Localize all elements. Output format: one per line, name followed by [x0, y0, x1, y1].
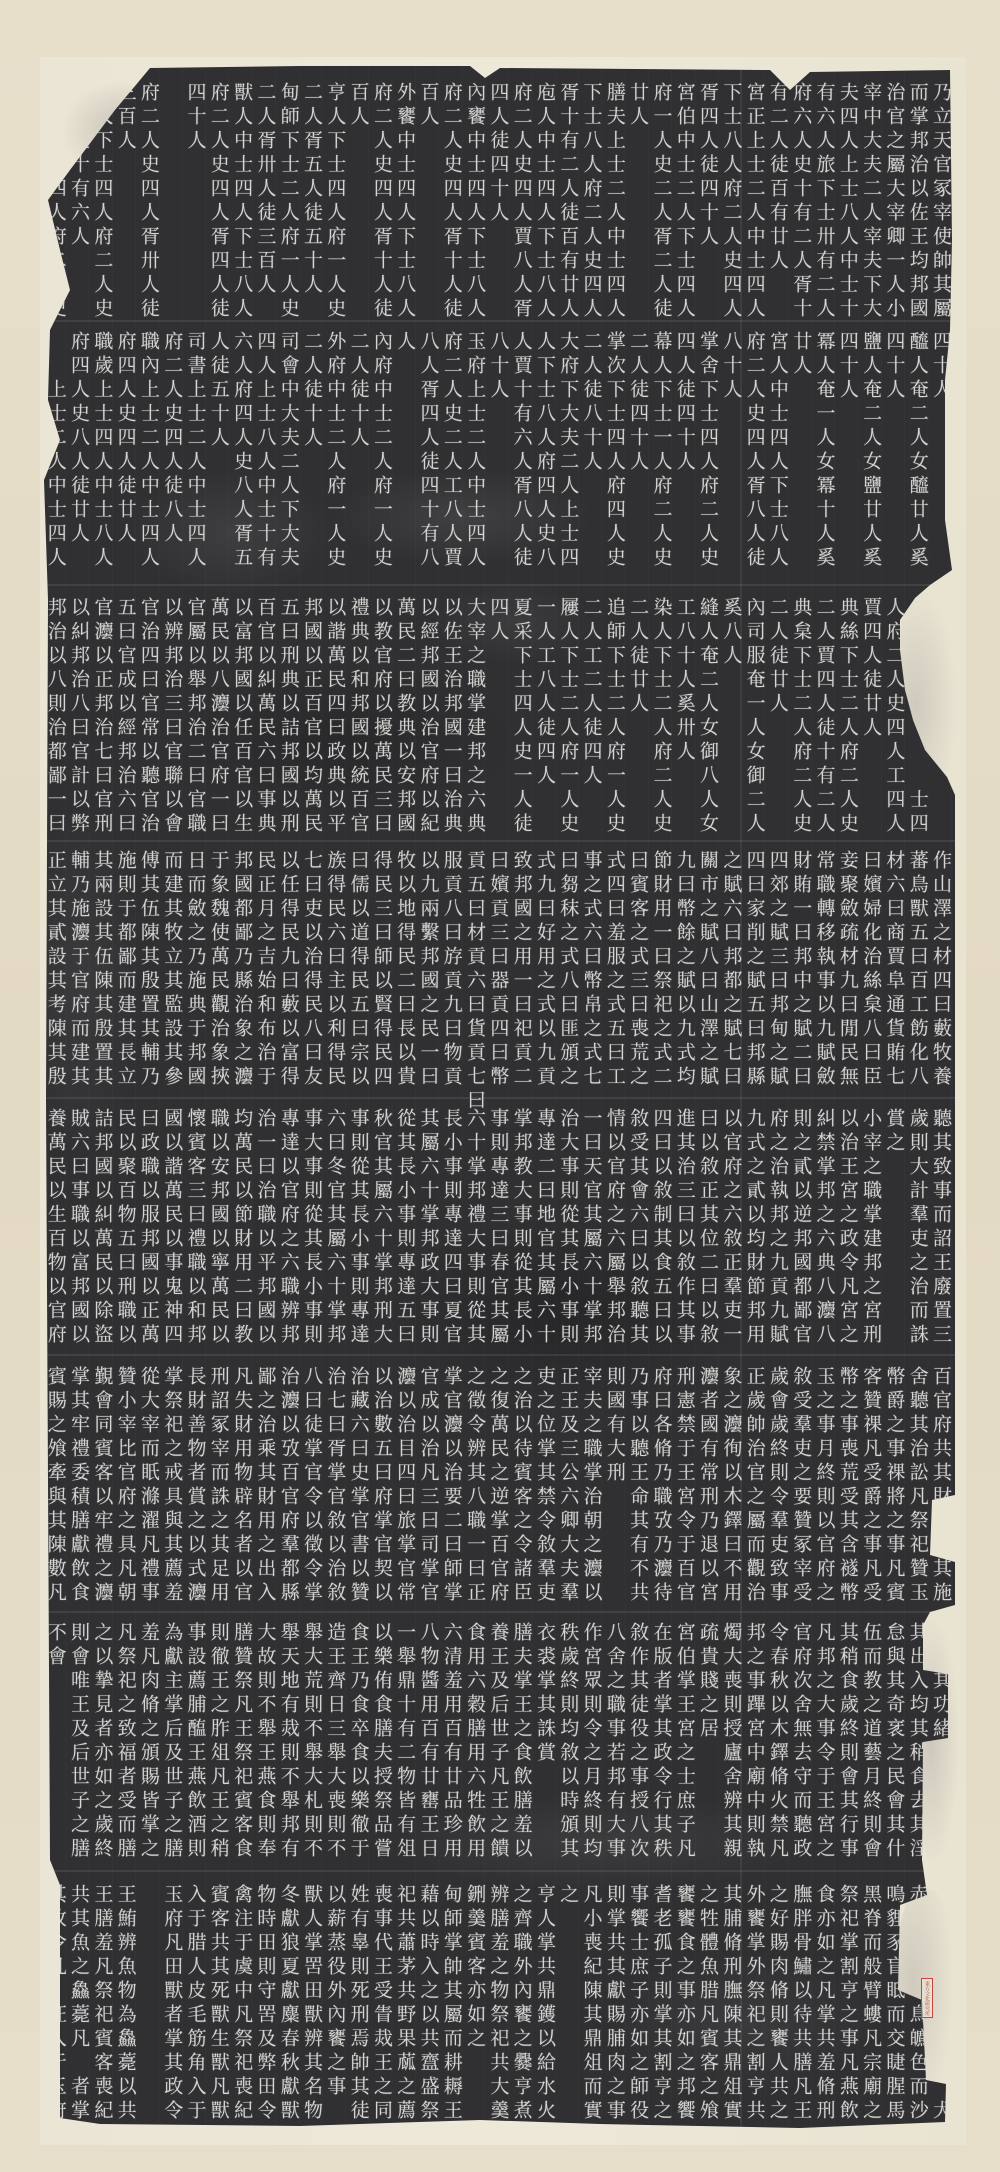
- inscription-column: 造王齊日三舉大喪則不: [323, 1622, 346, 1884]
- inscription-column: 以佐王治邦國一曰治典: [439, 597, 462, 859]
- inscription-column: 耆老孤子則掌其割亨之: [649, 1884, 672, 2146]
- inscription-column: 式九曰好用之式以九貢: [533, 850, 556, 1112]
- inscription-column: 人賈十有六人胥八人徒: [509, 331, 532, 593]
- inscription-column: 內司服奄一人女御二人: [742, 597, 765, 859]
- inscription-column: 膳夫上士二人中士四人: [603, 82, 626, 344]
- inscription-column: 作宮眾則令之月終則均: [579, 1622, 602, 1884]
- inscription-column: 職內上士二人中士四人: [137, 331, 160, 593]
- inscription-column: 府二人史四人胥卅人徒: [137, 82, 160, 344]
- inscription-column: 怠與其奇衺之民會其什: [882, 1622, 905, 1884]
- inscription-column: 下士八人府二人史四人: [579, 82, 602, 344]
- inscription-column: 曰嬪婦化治絲枲八曰臣: [859, 850, 882, 1112]
- inscription-column: 有二人徒百有廿人: [766, 82, 789, 344]
- inscription-column: 糾禁掌邦之六典八灋八: [812, 1108, 835, 1370]
- inscription-column: 府四人史四人徒廿人: [113, 331, 136, 593]
- inscription-column: 王膳羞凡祭祀賓客喪紀: [90, 1884, 113, 2146]
- inscription-column: 聽其致事而詔王廢置三: [929, 1108, 952, 1370]
- inscription-column: 冬獻狼夏獻麋春秋獻獸: [276, 1884, 299, 2146]
- inscription-column: 六清羞用百有廿品珍用: [439, 1622, 462, 1884]
- inscription-column: 九曰幣餘之賦以九式均: [672, 850, 695, 1112]
- inscription-column: 萬民二曰教典以安邦國: [393, 597, 416, 859]
- inscription-column: 賈四人徒廿人: [859, 597, 882, 859]
- inscription-column: 之: [556, 1884, 579, 2146]
- inscription-column: 均萬民以節財用二曰教: [230, 1108, 253, 1370]
- inscription-column: 以官府之六敘正羣吏一: [719, 1108, 742, 1370]
- inscription-column: 掌次下士四人府四人史: [603, 331, 626, 593]
- inscription-column: 常職轉移執事以九賦斂: [812, 850, 835, 1112]
- inscription-column: 伍而教之道藝月終則會: [859, 1622, 882, 1884]
- inscription-column: 賓客共其死獸生獸凡獸: [207, 1884, 230, 2146]
- inscription-column: 獸人中士四人下士八人: [230, 82, 253, 344]
- inscription-column: 養王及后世子凡王之饋: [486, 1622, 509, 1884]
- inscription-column: 二人徒八十人: [579, 331, 602, 593]
- inscription-column: 府二人史四人徒八人: [160, 331, 183, 593]
- inscription-column: 府一人史二人胥二人徒: [649, 82, 672, 344]
- inscription-column: 舍聽其治訟凡祭祀贊玉: [905, 1366, 928, 1628]
- inscription-column: 詰邦國以糾萬民以除盜: [90, 1108, 113, 1370]
- inscription-column: 官灋以正邦治七曰官刑: [90, 597, 113, 859]
- collector-seal: 東方文化研究所: [921, 1978, 933, 2018]
- inscription-column: 二人徒十人: [346, 331, 369, 593]
- inscription-column: 染人下士二人府二人史: [649, 597, 672, 859]
- inscription-column: 其屬六十掌邦政大事則: [416, 1108, 439, 1370]
- inscription-column: 為獻主掌后及世子之膳: [160, 1622, 183, 1884]
- inscription-column: 在版者掌其政令行其秩: [649, 1622, 672, 1884]
- inscription-column: 百人: [416, 82, 439, 344]
- inscription-column: 民以聚百物五曰刑職以: [113, 1108, 136, 1370]
- inscription-column: 醯人奄二人女醯廿人奚: [905, 331, 928, 593]
- inscription-column: 職以安邦國以寧萬民以: [207, 1108, 230, 1370]
- inscription-column: 則徹王之胙俎凡王之稍: [207, 1622, 230, 1884]
- inscription-column: 人下士八人府四人史八: [533, 331, 556, 593]
- inscription-column: 一人工八人徒四人: [533, 597, 556, 859]
- inscription-column: 府二人史二人工八人賈: [439, 331, 462, 593]
- inscription-column: 二人徒十人: [300, 331, 323, 593]
- inscription-column: 有六人旅下士卅有二人: [812, 82, 835, 344]
- inscription-column: 入于腊人皮毛筋角入于: [183, 1884, 206, 2146]
- inscription-column: 正歲帥治官之屬而觀治: [742, 1366, 765, 1628]
- inscription-column: 從其長小事則專達五曰: [393, 1108, 416, 1370]
- inscription-column: 人: [393, 331, 416, 593]
- inscription-column: 以樂侑食膳夫授祭品嘗: [370, 1622, 393, 1884]
- inscription-column: 國以諧萬民以事鬼神四: [160, 1108, 183, 1370]
- inscription-column: 六曰冬官其屬六十掌邦: [323, 1108, 346, 1370]
- inscription-column: 刑詔冢宰而誅之其足用: [207, 1366, 230, 1628]
- inscription-column: 府二人史四人胥八人徒: [742, 331, 765, 593]
- inscription-column: 四曰以敘制其食五曰以: [649, 1108, 672, 1370]
- inscription-column: 乃立天官冢宰使帥其屬: [929, 82, 952, 344]
- inscription-column: 藉以時入之以共齍盛祭: [416, 1884, 439, 2146]
- inscription-column: 則掌共其獻賜脯肉之事: [603, 1884, 626, 2146]
- inscription-column: 凡邦之大事令于王宮之: [812, 1622, 835, 1884]
- inscription-column: 之以摯見者亦如之歲終: [90, 1622, 113, 1884]
- inscription-column: 四人上士八人中士十有: [253, 331, 276, 593]
- inscription-column: 二人徒四十人: [626, 331, 649, 593]
- inscription-column: 從大宰而眂滌濯凡禮事: [137, 1366, 160, 1628]
- inscription-band-5: 聽其致事而詔王廢置三歲則大計羣吏之治而誅賞之小宰之職掌建邦之宮刑以治王宮之政令凡…: [43, 1108, 952, 1358]
- inscription-column: 府二人史四人胥四人徒: [207, 82, 230, 344]
- inscription-column: 廿人: [626, 82, 649, 344]
- inscription-column: 曰嬪貢三曰器貢四曰幣: [486, 850, 509, 1112]
- inscription-column: 亨人掌共鼎鑊以給水火: [533, 1884, 556, 2146]
- inscription-column: 治灋以攷百官府羣都縣: [276, 1366, 299, 1628]
- inscription-column: 屨人下士二人府一人史: [556, 597, 579, 859]
- inscription-column: 掌舍下士四人府二人史: [696, 331, 719, 593]
- inscription-column: 七曰吏以治得民八曰友: [300, 850, 323, 1112]
- inscription-column: 治七曰胥掌官敘以治敘: [323, 1366, 346, 1628]
- inscription-column: 曰儒以道得民五曰宗以: [346, 850, 369, 1112]
- inscription-column: 吏之位掌其禁令敘羣吏: [533, 1366, 556, 1628]
- inscription-column: 黑脊而般臂螻凡宗廟之: [859, 1884, 882, 2146]
- inscription-column: 宮伯掌王宮之士庶子凡: [672, 1622, 695, 1884]
- inscription-column: 官府次舍無去守而聽政: [789, 1622, 812, 1884]
- inscription-band-8: 犬赤 鳥皫色而沙鳴貍豕盲眡而交睫腥馬黑脊而般臂螻凡宗廟之祭祀掌割亨之事凡燕飲食亦…: [43, 1884, 952, 2134]
- inscription-column: 施則于都鄙而建其長立: [113, 850, 136, 1112]
- inscription-column: 夫四人上士八人中士十: [836, 82, 859, 344]
- inscription-column: 以治王宮之政令凡宮之: [836, 1108, 859, 1370]
- inscription-column: 宮人中士四人下士八人: [766, 331, 789, 593]
- inscription-column: 事則從其長小事則專達: [346, 1108, 369, 1370]
- inscription-band-4: 作山澤之材四曰藪牧養蕃鳥獸五曰百工飭化八材六曰商賈阜通貨賄七曰嬪婦化治絲枲八曰臣…: [43, 850, 952, 1100]
- inscription-column: 官屬以舉邦治二曰官職: [183, 597, 206, 859]
- inscription-column: 敘受羣吏之要贊冢宰受: [789, 1366, 812, 1628]
- inscription-column: 掌祭祀之戒具與其薦羞: [160, 1366, 183, 1628]
- inscription-column: 姓有辠則死刑焉帥其徒: [346, 1884, 369, 2146]
- inscription-column: 長財善物者賞之以式灋: [183, 1366, 206, 1628]
- inscription-column: 鄙之治乘其財用之出入: [253, 1366, 276, 1628]
- inscription-column: 宮伯中士二人下士四人: [672, 82, 695, 344]
- inscription-column: 羞凡肉脩之頒賜皆掌之: [137, 1622, 160, 1884]
- inscription-column: 祀共蕭茅共野果蓏之薦: [393, 1884, 416, 2146]
- inscription-column: 之復萬民之逆掌百官府: [486, 1366, 509, 1628]
- inscription-column: 以糾邦治八曰官計以弊: [67, 597, 90, 859]
- inscription-column: 府四人史八人徒廿人: [67, 331, 90, 593]
- inscription-column: 之徵令辨其八職一曰正: [463, 1366, 486, 1628]
- inscription-column: 禮典以和邦國以統百官: [346, 597, 369, 859]
- inscription-band-3: 士四人府二人史四人工四人賈四人徒廿人典絲下士二人府二人史二人賈四人徒十有二人典枲…: [43, 597, 952, 847]
- inscription-band-7: 其功緒 其出入均其稍食去其淫怠與其奇衺之民會其什伍而教之道藝月終則會其稍食歲終則…: [43, 1622, 952, 1872]
- inscription-column: 百人: [346, 82, 369, 344]
- inscription-column: 奚八人: [719, 597, 742, 859]
- inscription-column: 之賦六曰邦都之賦七曰: [719, 850, 742, 1112]
- inscription-column: 賊六曰事職以富邦國以: [67, 1108, 90, 1370]
- inscription-column: 治一曰治職以平邦國以: [253, 1108, 276, 1370]
- inscription-column: 歲則大計羣吏之治而誅: [905, 1108, 928, 1370]
- inscription-column: 于象魏使萬民觀治象挾: [207, 850, 230, 1112]
- inscription-column: 一曰天官其屬六十掌邦: [579, 1108, 602, 1370]
- rubbing-ink-area: 乃立天官冢宰使帥其屬而掌邦治以佐王均邦國治官之屬大宰卿一人小宰中大夫二人宰夫下大…: [42, 62, 960, 2138]
- inscription-column: 則會唯王及后世子之膳: [67, 1622, 90, 1884]
- inscription-column: 乃事以聽王命其有不共: [626, 1366, 649, 1628]
- inscription-column: 亨人下士四人府一人史: [323, 82, 346, 344]
- inscription-column: 象之灋徇以木鐸曰不用: [719, 1366, 742, 1628]
- inscription-column: 玉之事月終則以官府之: [812, 1366, 835, 1628]
- inscription-column: 二人胥五人徒五十人: [300, 82, 323, 344]
- inscription-column: 宰中大夫二人宰夫下大: [859, 82, 882, 344]
- inscription-column: 食用六穀膳用六牲飲用: [463, 1622, 486, 1884]
- inscription-column: 喪事代王受眚烖王之同: [370, 1884, 393, 2146]
- inscription-column: 長小事則專達四曰夏官: [439, 1108, 462, 1370]
- inscription-column: 四十人: [882, 331, 905, 593]
- inscription-column: 則國有大刑: [603, 1366, 626, 1628]
- inscription-column: 工八十人奚卅人: [672, 597, 695, 859]
- inscription-column: 以富邦國以任百官以生: [230, 597, 253, 859]
- inscription-column: 凡失財用物辟名者以官: [230, 1366, 253, 1628]
- inscription-column: 八舍之職事若邦有大事: [603, 1622, 626, 1884]
- inscription-column: 夏采下士四人史一人徒: [509, 597, 532, 859]
- inscription-column: 物時田則守罟及弊田令: [253, 1884, 276, 2146]
- inscription-column: 膴胖骨鱐以待共膳凡王: [789, 1884, 812, 2146]
- inscription-column: 職歲上士四人中士八人: [90, 331, 113, 593]
- inscription-column: 王鮪辨魚物為鱻薧以共: [113, 1884, 136, 2146]
- inscription-column: 府曰各脩乃職攷乃灋待: [649, 1366, 672, 1628]
- inscription-column: 貢五曰材貢六曰貨貢七曰: [463, 850, 486, 1112]
- inscription-column: 輔乃施灋于官府而建其: [67, 850, 90, 1112]
- inscription-column: 衣裘掌其誅賞: [533, 1622, 556, 1884]
- inscription-column: 幣之事喪荒受其含襚幣: [836, 1366, 859, 1628]
- inscription-column: 典絲下士二人府二人史: [836, 597, 859, 859]
- inscription-column: 冪人奄一人女冪十人奚: [812, 331, 835, 593]
- inscription-column: 廿人: [789, 331, 812, 593]
- inscription-column: 九式之貳以均財節邦用: [742, 1108, 765, 1370]
- inscription-column: 曰政職以服邦國以正萬: [137, 1108, 160, 1370]
- inscription-column: 節財用一曰祭祀之式二: [649, 850, 672, 1112]
- inscription-column: 庖人中士四人下士八人: [533, 82, 556, 344]
- inscription-column: 歲會歲終則令羣吏致事: [766, 1366, 789, 1628]
- inscription-column: 二人胥卅人徒三百人: [253, 82, 276, 344]
- inscription-column: 令春秋以木鐸脩火禁凡: [766, 1622, 789, 1884]
- inscription-column: 關市之賦八曰山澤之賦: [696, 850, 719, 1112]
- inscription-column: 敘受其會六曰以敘聽其: [626, 1108, 649, 1370]
- inscription-column: 三百人: [113, 82, 136, 344]
- inscription-column: 之好賜肉脩則饔人共之: [766, 1884, 789, 2146]
- inscription-column: 作山澤之材四曰藪牧養: [929, 850, 952, 1112]
- inscription-column: 懷賓客三曰禮職以和邦: [183, 1108, 206, 1370]
- inscription-column: 食王乃食卒食以樂徹于: [346, 1622, 369, 1884]
- inscription-column: 八人胥四人徒四十有八: [416, 331, 439, 593]
- inscription-column: 其稍食歲終則會其行事: [836, 1622, 859, 1884]
- inscription-column: 辨膳羞之物祭祀共大羹: [486, 1884, 509, 2146]
- inscription-column: 邦國都鄙乃縣治象之灋: [230, 850, 253, 1112]
- inscription-column: 秩歲終則均敘以時頒其: [556, 1622, 579, 1884]
- inscription-column: 玉府凡田獸者掌其政令: [160, 1884, 183, 2146]
- inscription-column: 凡小喪紀陳其鼎俎而實: [579, 1884, 602, 2146]
- inscription-column: 甸師掌帥其屬而耕耨王: [439, 1884, 462, 2146]
- inscription-band-2: 四十人醯人奄二人女醯廿人奚四十人鹽人奄二人女鹽廿人奚四十人冪人奄一人女冪十人奚廿…: [43, 331, 952, 581]
- inscription-column: 司會中大夫二人下大夫: [276, 331, 299, 593]
- inscription-column: 八十人: [486, 331, 509, 593]
- inscription-column: 以經邦國以治官府以紀: [416, 597, 439, 859]
- inscription-column: 百官以糾萬民六曰事典: [253, 597, 276, 859]
- inscription-column: 人徒五十人: [207, 331, 230, 593]
- inscription-column: 進其治三曰以敘作其事: [672, 1108, 695, 1370]
- inscription-column: 曰賓客之式三曰喪荒之: [626, 850, 649, 1112]
- inscription-column: 致邦國之用一曰祀貢二: [509, 850, 532, 1112]
- inscription-column: 一舉鼎十有二物皆有俎: [393, 1622, 416, 1884]
- inscription-column: 治官之屬大宰卿一人小: [882, 82, 905, 344]
- inscription-column: 掌其牢禮委積膳獻飲食: [67, 1366, 90, 1628]
- inscription-column: 以九兩繫邦國之民一曰: [416, 850, 439, 1112]
- inscription-band-1: 乃立天官冢宰使帥其屬而掌邦治以佐王均邦國治官之屬大宰卿一人小宰中大夫二人宰夫下大…: [43, 82, 952, 332]
- inscription-column: 而掌邦治以佐王均邦國: [905, 82, 928, 344]
- inscription-column: 宮正上士二人中士四人: [742, 82, 765, 344]
- inscription-column: 饔饔食之事亦如之邦饗: [672, 1884, 695, 2146]
- inscription-column: 秋官其屬六十掌邦刑大: [370, 1108, 393, 1370]
- inscription-column: 以治數五曰府掌官契以: [370, 1366, 393, 1628]
- inscription-column: 灋者國有常刑乃退以宮: [696, 1366, 719, 1628]
- inscription-column: 四人: [486, 597, 509, 859]
- inscription-column: 專達以官府之六職辨邦: [276, 1108, 299, 1370]
- inscription-column: 府二人史四人賈八人胥: [509, 82, 532, 344]
- inscription-column: 其脯脩刑膴陳其鼎俎實: [719, 1884, 742, 2146]
- inscription-column: 二人徒廿人: [766, 597, 789, 859]
- inscription-column: 大故則不舉王燕食則奉: [253, 1622, 276, 1884]
- inscription-column: 八物醬用百有廿罋王日: [416, 1622, 439, 1884]
- inscription-column: 司書上士二人中士四人: [183, 331, 206, 593]
- inscription-column: 專達二曰地官其屬六十: [533, 1108, 556, 1370]
- inscription-column: 服貢八曰斿貢九曰物貢: [439, 850, 462, 1112]
- inscription-column: 宰夫之職掌治朝之灋以: [579, 1366, 602, 1628]
- inscription-column: 下士八人府二人史四人: [719, 82, 742, 344]
- inscription-column: 大宰之職掌建邦之六典: [463, 597, 486, 859]
- inscription-column: 𩼢人掌以時𩼢為梁春獻: [137, 1884, 160, 2146]
- inscription-column: 舉天地有烖則不舉邦有: [276, 1622, 299, 1884]
- inscription-column: 覲會同賓客以牢禮之灋: [90, 1366, 113, 1628]
- inscription-column: 掌邦教大事則從其長小: [509, 1108, 532, 1370]
- inscription-column: 事饗士庶子亦如之師役: [626, 1884, 649, 2146]
- inscription-column: 事則專達三曰春官其屬: [486, 1108, 509, 1370]
- inscription-column: 妾聚斂疏材九曰閒民無: [836, 850, 859, 1112]
- inscription-column: 灋以治目四曰旅掌官常: [393, 1366, 416, 1628]
- inscription-column: 之牲體魚腊凡賓客之飧: [696, 1884, 719, 2146]
- inscription-column: 鹽人奄二人女鹽廿人奚: [859, 331, 882, 593]
- inscription-column: 族得民六曰主以利得民: [323, 850, 346, 1112]
- inscription-column: 大府下大夫二人上士四: [556, 331, 579, 593]
- inscription-column: 官成以治凡三曰司掌官: [416, 1366, 439, 1628]
- inscription-column: 邦之事蹕宮中廟中則執: [742, 1622, 765, 1884]
- inscription-column: 之齊職外內饔之爨亨煮: [509, 1884, 532, 2146]
- inscription-column: 四郊之賦三曰邦甸之賦: [766, 850, 789, 1112]
- inscription-column: 六十掌邦禮大事則從其: [463, 1108, 486, 1370]
- inscription-column: 曰以敘正其位二曰以敘: [696, 1108, 719, 1370]
- inscription-column: 事之式六曰幣帛之式七: [579, 850, 602, 1112]
- inscription-column: 四人徒四十人: [672, 331, 695, 593]
- inscription-column: 以諧萬民四曰政典以平: [323, 597, 346, 859]
- inscription-column: 贊小宰比官府之具凡朝: [113, 1366, 136, 1628]
- inscription-column: 八十人: [719, 331, 742, 593]
- inscription-column: 小宰之職掌建邦之宮刑: [859, 1108, 882, 1370]
- inscription-column: 玉府上士二人中士四人: [463, 331, 486, 593]
- inscription-column: 舉大荒則不舉大札則不: [300, 1622, 323, 1884]
- inscription-column: 情以官府之六屬舉邦治: [603, 1108, 626, 1370]
- inscription-column: 內饔中士四人下士八人: [463, 82, 486, 344]
- inscription-column: 客贊祼凡受爵之事凡受: [859, 1366, 882, 1628]
- inscription-column: 材六曰商賈阜通貨賄七: [882, 850, 905, 1112]
- inscription-column: 胥十有二人徒百有廿人: [556, 82, 579, 344]
- inscription-column: 四曰家削之賦五曰邦縣: [742, 850, 765, 1112]
- inscription-column: 凡祭祀之致福者受而膳: [113, 1622, 136, 1884]
- inscription-column: 以任得民九曰藪以富得: [276, 850, 299, 1112]
- inscription-column: 四十人: [836, 331, 859, 593]
- inscription-column: 萬民以八灋治官府一曰: [207, 597, 230, 859]
- inscription-column: 牧以地得民二曰長以貴: [393, 850, 416, 1112]
- inscription-column: 外府中士二人府一人史: [323, 331, 346, 593]
- inscription-column: 二人徒廿人: [626, 597, 649, 859]
- inscription-column: 日而斂之乃施典于邦國: [183, 850, 206, 1112]
- inscription-column: 邦國以正百官以均萬民: [300, 597, 323, 859]
- inscription-column: 膳贊祭凡王祭祀賓客食: [230, 1622, 253, 1884]
- inscription-column: 式四曰羞服之式五曰工: [603, 850, 626, 1112]
- inscription-column: 二人賈四人徒十有二人: [812, 597, 835, 859]
- inscription-column: 六人府四人史八人胥五: [230, 331, 253, 593]
- inscription-column: 鉶羹賓客亦如之: [463, 1884, 486, 2146]
- inscription-column: 傅其伍陳其殷置其輔乃: [137, 850, 160, 1112]
- inscription-column: 而建其牧立其監設其參: [160, 850, 183, 1112]
- inscription-column: 以辨邦治三曰官聯以會: [160, 597, 183, 859]
- inscription-column: 得民三曰師以賢得民四: [370, 850, 393, 1112]
- inscription-column: 外饔掌外祭祀之割亨共: [742, 1884, 765, 2146]
- inscription-column: 治大事則從其長小事則: [556, 1108, 579, 1370]
- inscription-column: 事大事則從其長小事則: [300, 1108, 323, 1370]
- inscription-column: 食亦如之凡掌共羞脩刑: [812, 1884, 835, 2146]
- inscription-column: 五曰刑典以詰邦國以刑: [276, 597, 299, 859]
- inscription-column: 外饔中士四人下士八人: [393, 82, 416, 344]
- inscription-column: 賞之: [882, 1108, 905, 1370]
- inscription-column: 府二人史四人胥十人徒: [439, 82, 462, 344]
- inscription-column: 刑憲禁于王宮令于百官: [672, 1366, 695, 1628]
- inscription-column: 幕人下士一人府二人史: [649, 331, 672, 593]
- inscription-column: 內府中士二人府一人史: [370, 331, 393, 593]
- inscription-column: 府之治執邦之九貢九賦: [766, 1108, 789, 1370]
- inscription-column: 正王及三公六卿大夫羣: [556, 1366, 579, 1628]
- inscription-column: 治藏六曰史掌官書以贊: [346, 1366, 369, 1628]
- inscription-column: 四人徒四十人: [486, 82, 509, 344]
- inscription-column: 幣爵之事祼將之事凡賓: [882, 1366, 905, 1628]
- inscription-column: 以薪蒸役外內饔之事: [323, 1884, 346, 2146]
- inscription-column: 官治四曰官常以聽官治: [137, 597, 160, 859]
- inscription-column: 其兩設其伍陳其殷置其: [90, 850, 113, 1112]
- inscription-column: 燭大喪則授廬舍辨其親: [719, 1622, 742, 1884]
- inscription-column: 四十人: [183, 82, 206, 344]
- inscription-column: 敘作其徒役之事授八次: [626, 1622, 649, 1884]
- inscription-column: 以教官府以擾萬民三曰: [370, 597, 393, 859]
- inscription-column: 正立其貳設其考陳其殷: [43, 850, 66, 1112]
- inscription-column: 甸師下士二人府一人史: [276, 82, 299, 344]
- inscription-column: 八曰徒掌官令以徵令掌: [300, 1366, 323, 1628]
- inscription-column: 事設薦脯醢王燕飲酒則: [183, 1622, 206, 1884]
- inscription-column: 蕃鳥獸五曰百工飭化八: [905, 850, 928, 1112]
- inscription-column: 五曰官成以經邦治六曰: [113, 597, 136, 859]
- inscription-column: 曰芻秣之式八曰匪頒之: [556, 850, 579, 1112]
- inscription-column: 膳夫掌王之食飲膳羞以: [509, 1622, 532, 1884]
- inscription-column: 禽注于虞中凡祭祀喪紀: [230, 1884, 253, 2146]
- inscription-column: 獸人掌罟田獸辨其名物: [300, 1884, 323, 2146]
- inscription-band-6: 百官府共其財用治其施舍聽其治訟凡祭祀贊玉幣爵之事祼將之事凡賓客贊祼凡受爵之事凡受…: [43, 1366, 952, 1616]
- inscription-column: 民正月之吉始和布治于: [253, 850, 276, 1112]
- inscription-column: 之治以待賓客之令諸臣: [509, 1366, 532, 1628]
- inscription-column: 府六人史十有二人胥十: [789, 82, 812, 344]
- inscription-column: 府二人史四人胥十人徒: [370, 82, 393, 344]
- inscription-column: 疏貴賤之居: [696, 1622, 719, 1884]
- inscription-column: 追師下士二人府一人史: [603, 597, 626, 859]
- inscription-column: 縫人奄二人女御八人女: [696, 597, 719, 859]
- inscription-column: 胥四人徒四十人: [696, 82, 719, 344]
- inscription-column: 財賄一曰邦中之賦二曰: [789, 850, 812, 1112]
- inscription-column: 𩼢人中士二人下士四人: [160, 82, 183, 344]
- inscription-column: 則之貳以逆邦國都鄙官: [789, 1108, 812, 1370]
- inscription-column: 共其魚之鱻薧凡𩼢者掌: [67, 1884, 90, 2146]
- inscription-column: 祭祀掌割亨之事凡燕飲: [836, 1884, 859, 2146]
